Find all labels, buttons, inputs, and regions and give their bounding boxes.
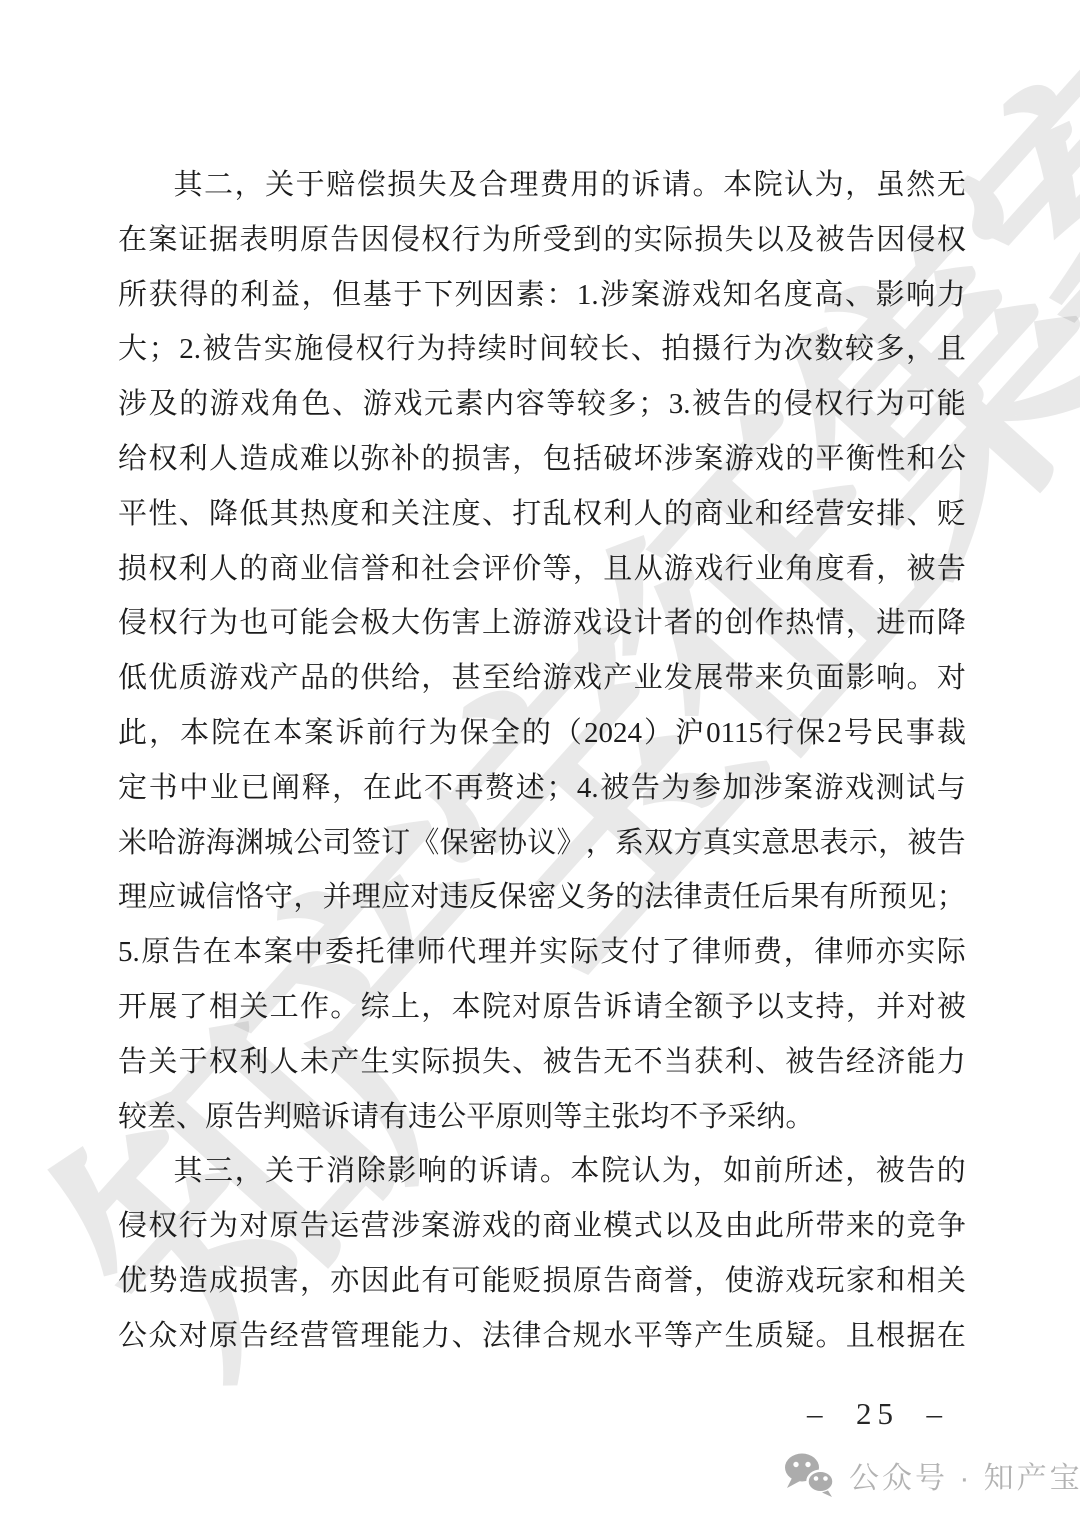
wechat-icon — [783, 1452, 835, 1498]
text-line: 其二，关于赔偿损失及合理费用的诉请。本院认为，虽然无 — [118, 158, 966, 213]
text-line: 理应诚信恪守，并理应对违反保密义务的法律责任后果有所预见； — [118, 870, 966, 925]
footer: 公众号 · 知产宝 — [783, 1452, 1080, 1498]
text-line: 较差、原告判赔诉请有违公平原则等主张均不予采纳。 — [118, 1090, 966, 1145]
text-line: 低优质游戏产品的供给，甚至给游戏产业发展带来负面影响。对 — [118, 651, 966, 706]
page-number: – 25 – — [807, 1396, 948, 1432]
text-line: 开展了相关工作。综上，本院对原告诉请全额予以支持，并对被 — [118, 980, 966, 1035]
text-line: 定书中业已阐释，在此不再赘述；4.被告为参加涉案游戏测试与 — [118, 761, 966, 816]
text-line: 米哈游海渊城公司签订《保密协议》，系双方真实意思表示，被告 — [118, 816, 966, 871]
footer-label: 公众号 · 知产宝 — [849, 1453, 1080, 1497]
text-line: 给权利人造成难以弥补的损害，包括破坏涉案游戏的平衡性和公 — [118, 432, 966, 487]
text-line: 损权利人的商业信誉和社会评价等，且从游戏行业角度看，被告 — [118, 542, 966, 597]
text-line: 优势造成损害，亦因此有可能贬损原告商誉，使游戏玩家和相关 — [118, 1254, 966, 1309]
text-line: 平性、降低其热度和关注度、打乱权利人的商业和经营安排、贬 — [118, 487, 966, 542]
text-line: 告关于权利人未产生实际损失、被告无不当获利、被告经济能力 — [118, 1035, 966, 1090]
document-body: 其二，关于赔偿损失及合理费用的诉请。本院认为，虽然无在案证据表明原告因侵权行为所… — [118, 158, 966, 1364]
text-line: 5.原告在本案中委托律师代理并实际支付了律师费，律师亦实际 — [118, 925, 966, 980]
text-line: 大；2.被告实施侵权行为持续时间较长、拍摄行为次数较多，且 — [118, 322, 966, 377]
text-line: 公众对原告经营管理能力、法律合规水平等产生质疑。且根据在 — [118, 1309, 966, 1364]
text-line: 侵权行为也可能会极大伤害上游游戏设计者的创作热情，进而降 — [118, 596, 966, 651]
document-page: 知产宝征集案例 其二，关于赔偿损失及合理费用的诉请。本院认为，虽然无在案证据表明… — [0, 0, 1080, 1527]
text-line: 此，本院在本案诉前行为保全的（2024）沪0115行保2号民事裁 — [118, 706, 966, 761]
text-line: 在案证据表明原告因侵权行为所受到的实际损失以及被告因侵权 — [118, 213, 966, 268]
text-line: 涉及的游戏角色、游戏元素内容等较多；3.被告的侵权行为可能 — [118, 377, 966, 432]
text-line: 其三，关于消除影响的诉请。本院认为，如前所述，被告的 — [118, 1144, 966, 1199]
text-line: 所获得的利益，但基于下列因素：1.涉案游戏知名度高、影响力 — [118, 268, 966, 323]
text-line: 侵权行为对原告运营涉案游戏的商业模式以及由此所带来的竞争 — [118, 1199, 966, 1254]
